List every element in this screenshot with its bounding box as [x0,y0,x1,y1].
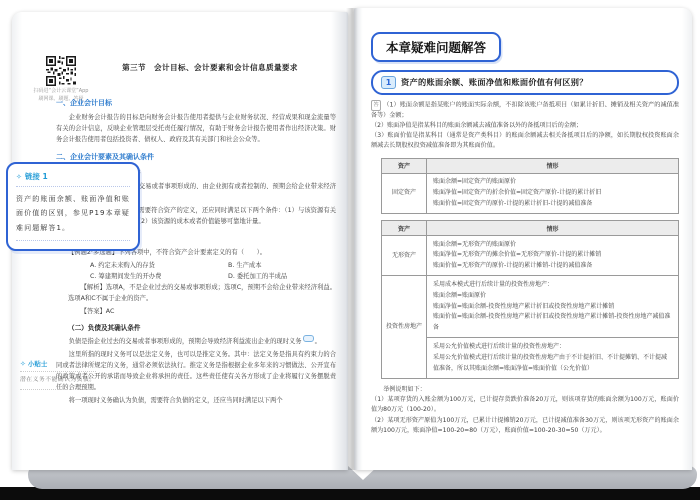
section2-heading: 二、企业会计要素及其确认条件 [56,152,336,162]
answer-p1-text: （1）账面余额是指某账户的账面实际余额，不扣除该账户备抵项目（如累计折旧、摊销及… [371,102,679,119]
option-d: D. 委托加工的半成品 [228,271,287,282]
col-header-asset: 资产 [382,221,427,236]
link-callout-body: 资产的账面余额、账面净值和账面价值的区别，参见P19本章疑难问题解答1。 [16,192,130,241]
example-intro: 举例说明如下： [371,385,679,395]
section1-heading: 一、企业会计目标 [56,98,336,108]
term-note-icon-2 [303,335,314,342]
formula-line: 账面价值=无形资产的原价-计提的累计摊销-计提的减值准备 [433,261,672,272]
tip-callout-label: 小贴士 [28,359,48,368]
chapter-qa-title: 本章疑难问题解答 [371,32,501,62]
table-row: 固定资产 账面余额=固定资产的账面原价 账面净值=固定资产的折余价值=固定资产原… [382,173,679,213]
formula-line: 账面价值=固定资产的原价-计提的累计折旧-计提的减值准备 [433,199,672,210]
info-cell: 账面余额=无形资产的账面原价 账面净值=无形资产的摊余价值=无形资产原价-计提的… [427,236,679,276]
option-b: B. 生产成本 [228,260,262,271]
question-text: 资产的账面余额、账面净值和账面价值有何区别？ [401,77,588,88]
option-a: A. 约定未来购入的存货 [90,260,228,271]
exercise-block: 【例题2·多选题】下列各项中，不符合资产会计要素定义的有（ ）。 A. 约定未来… [68,247,336,317]
table-header-row: 资产 情形 [382,158,679,173]
qr-code-icon [46,56,76,86]
formula-line: 账面净值=固定资产的折余价值=固定资产原价-计提的累计折旧 [433,188,672,199]
col-header-info: 情形 [427,221,679,236]
formula-line: 采用公允价值模式进行后续计量的投资性房地产由于不计提折旧、不计提摊销、不计提减值… [433,353,672,375]
right-page-content: 本章疑难问题解答 1 资产的账面余额、账面净值和账面价值有何区别？ 答（1）账面… [354,8,692,470]
formula-line: 账面净值=无形资产的摊余价值=无形资产原价-计提的累计摊销 [433,250,672,261]
formula-line: 账面余额=固定资产的账面原价 [433,177,672,188]
qr-block: 扫码进“会计云课堂”App 刷网课、刷题、答疑 [26,56,96,103]
col-header-asset: 资产 [382,158,427,173]
formula-line: 账面净值=账面余额-投资性房地产累计折旧或投资性房地产累计摊销 [433,302,672,313]
table-header-row: 资产 情形 [382,221,679,236]
formula-line: 采用公允价值模式进行后续计量的投资性房地产： [433,342,672,353]
example-1: （1）某项存货的入账金额为100万元，已计提存货跌价准备20万元，则该项存货的账… [371,395,679,415]
formula-line: 账面价值=账面余额-投资性房地产累计折旧或投资性房地产累计摊销-投资性房地产减值… [433,312,672,334]
question-number-badge: 1 [381,76,396,89]
example-2: （2）某项无形资产原值为100万元，已累计计提摊销20万元，已计提减值准备30万… [371,416,679,436]
answer-block: 答（1）账面余额是指某账户的账面实际余额，不扣除该账户备抵项目（如累计折旧、摊销… [371,100,679,152]
section1-paragraph: 企业财务会计报告的目标是向财务会计报告使用者提供与企业财务状况、经营成果和现金流… [56,112,336,145]
tip-callout-title: ✧ 小贴士 [20,359,96,372]
table-row: 无形资产 账面余额=无形资产的账面原价 账面净值=无形资产的摊余价值=无形资产原… [382,236,679,276]
options-row-2: C. 筹建期间发生的开办费 D. 委托加工的半成品 [90,271,336,282]
liability-paragraph-3: 将一项现时义务确认为负债，需要符合负债的定义，还应当同时满足以下两个 [56,395,336,406]
left-page-body: 一、企业会计目标 企业财务会计报告的目标是向财务会计报告使用者提供与企业财务状况… [56,98,336,408]
liability-definition-end: 。 [315,338,321,345]
examples-block: 举例说明如下： （1）某项存货的入账金额为100万元，已计提存货跌价准备20万元… [371,385,679,436]
info-cell-cost-model: 采用成本模式进行后续计量的投资性房地产： 账面余额=账面原价 账面净值=账面余额… [427,276,679,338]
formula-line: 账面余额=账面原价 [433,291,672,302]
formula-line: 账面余额=无形资产的账面原价 [433,240,672,251]
liability-definition: 负债是指企业过去的交易或者事项形成的，预期会导致经济利益流出企业的现时义务 [69,338,302,345]
table-row: 投资性房地产 采用成本模式进行后续计量的投资性房地产： 账面余额=账面原价 账面… [382,276,679,338]
exercise-answer: 【答案】AC [68,306,336,317]
tip-callout-body: 潜在义务不能确认为负债。 [20,375,96,390]
exercise-analysis: 【解析】选项A，不是企业过去的交易或事项形成；选项C，预期不会给企业带来经济利益… [68,282,336,304]
liability-paragraph-2: 这里所指的现时义务可以是法定义务，也可以是推定义务。其中：法定义务是指具有约束力… [56,349,336,393]
options-row-1: A. 约定未来购入的存货 B. 生产成本 [90,260,336,271]
answer-paragraph-3: （3）账面价值是指某科目（通常是资产类科目）的账面余额减去相关备抵项目后的净额，… [371,131,679,151]
answer-label: 答 [371,100,381,111]
fixed-asset-table: 资产 情形 固定资产 账面余额=固定资产的账面原价 账面净值=固定资产的折余价值… [381,158,679,214]
asset-cell: 投资性房地产 [382,276,427,378]
book-photo: 扫码进“会计云课堂”App 刷网课、刷题、答疑 第三节 会计目标、会计要素和会计… [0,0,700,500]
info-cell: 账面余额=固定资产的账面原价 账面净值=固定资产的折余价值=固定资产原价-计提的… [427,173,679,213]
formula-line: 采用成本模式进行后续计量的投资性房地产： [433,280,672,291]
answer-paragraph-2: （2）账面净值是指某科目的账面余额减去减值准备以外的备抵项目后的金额； [371,121,679,131]
col-header-info: 情形 [427,158,679,173]
link-callout-label: 链接 1 [25,171,48,182]
intangible-investment-table: 资产 情形 无形资产 账面余额=无形资产的账面原价 账面净值=无形资产的摊余价值… [381,220,679,379]
asset-cell: 无形资产 [382,236,427,276]
question-pill: 1 资产的账面余额、账面净值和账面价值有何区别？ [371,70,679,95]
info-cell-fair-value-model: 采用公允价值模式进行后续计量的投资性房地产： 采用公允价值模式进行后续计量的投资… [427,338,679,378]
asset-cell: 固定资产 [382,173,427,213]
option-c: C. 筹建期间发生的开办费 [90,271,228,282]
sparkle-icon: ✧ [16,173,22,181]
answer-paragraph-1: 答（1）账面余额是指某账户的账面实际余额，不扣除该账户备抵项目（如累计折旧、摊销… [371,100,679,121]
left-page-header: 第三节 会计目标、会计要素和会计信息质量要求 [90,62,330,73]
open-book: 扫码进“会计云课堂”App 刷网课、刷题、答疑 第三节 会计目标、会计要素和会计… [12,8,692,470]
left-page-content: 扫码进“会计云课堂”App 刷网课、刷题、答疑 第三节 会计目标、会计要素和会计… [12,12,348,470]
table-row: 采用公允价值模式进行后续计量的投资性房地产： 采用公允价值模式进行后续计量的投资… [382,338,679,378]
link-callout: ✧ 链接 1 资产的账面余额、账面净值和账面价值的区别，参见P19本章疑难问题解… [6,162,140,251]
tip-callout: ✧ 小贴士 潜在义务不能确认为负债。 [20,359,96,390]
liability-paragraph-1: 负债是指企业过去的交易或者事项形成的，预期会导致经济利益流出企业的现时义务。 [56,335,336,347]
qr-caption-line1: 扫码进“会计云课堂”App [26,88,96,96]
link-callout-title: ✧ 链接 1 [16,171,130,187]
liability-subheading: （二）负债及其确认条件 [56,322,336,332]
sparkle-icon-2: ✧ [20,360,26,368]
right-page-body: 本章疑难问题解答 1 资产的账面余额、账面净值和账面价值有何区别？ 答（1）账面… [371,32,679,468]
